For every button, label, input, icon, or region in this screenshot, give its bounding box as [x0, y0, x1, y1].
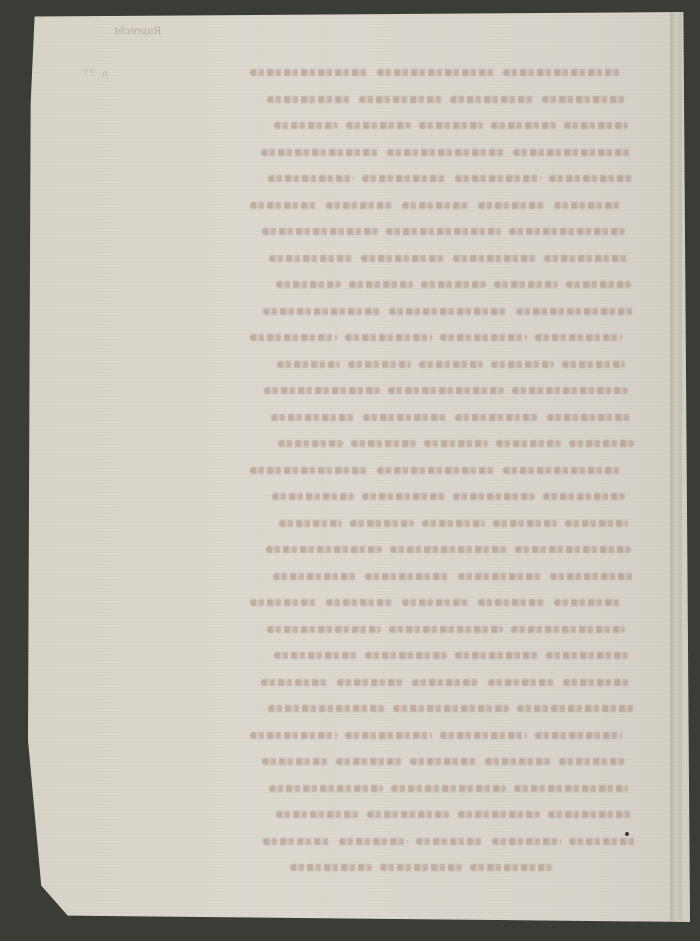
- bleed-line: [250, 352, 645, 379]
- bleed-line: [250, 378, 645, 405]
- bleed-line: [250, 484, 645, 511]
- bleed-line: [250, 696, 645, 723]
- bleed-line: [250, 617, 645, 644]
- bleed-line: [250, 87, 645, 114]
- bleed-line: [250, 776, 645, 803]
- binding-gutter: [670, 12, 682, 922]
- bleed-line: [250, 140, 645, 167]
- bleed-line: [250, 643, 645, 670]
- bleed-line: [250, 802, 645, 829]
- bleed-line: [250, 405, 645, 432]
- bleed-line: [250, 299, 645, 326]
- bleed-line: [250, 113, 645, 140]
- bleed-line: [250, 458, 645, 485]
- bleed-line: [250, 829, 645, 856]
- bleed-line: [250, 590, 645, 617]
- bleed-line: [250, 431, 645, 458]
- bleed-line: [250, 564, 645, 591]
- bleed-line: [250, 246, 645, 273]
- bleed-line: [250, 855, 645, 882]
- bleed-line: [250, 537, 645, 564]
- bleed-line: [250, 272, 645, 299]
- bleed-line: [250, 749, 645, 776]
- bleed-line: [250, 670, 645, 697]
- bleed-line: [250, 60, 645, 87]
- corner-annotation: Ruprecht: [114, 26, 161, 37]
- bleed-line: [250, 511, 645, 538]
- bleed-line: [250, 219, 645, 246]
- ink-speck: [625, 832, 629, 836]
- margin-annotation: n. 77: [83, 69, 109, 80]
- bleed-line: [250, 166, 645, 193]
- bleed-line: [250, 325, 645, 352]
- bleed-line: [250, 193, 645, 220]
- bleed-line: [250, 723, 645, 750]
- bleed-through-text: [250, 60, 645, 882]
